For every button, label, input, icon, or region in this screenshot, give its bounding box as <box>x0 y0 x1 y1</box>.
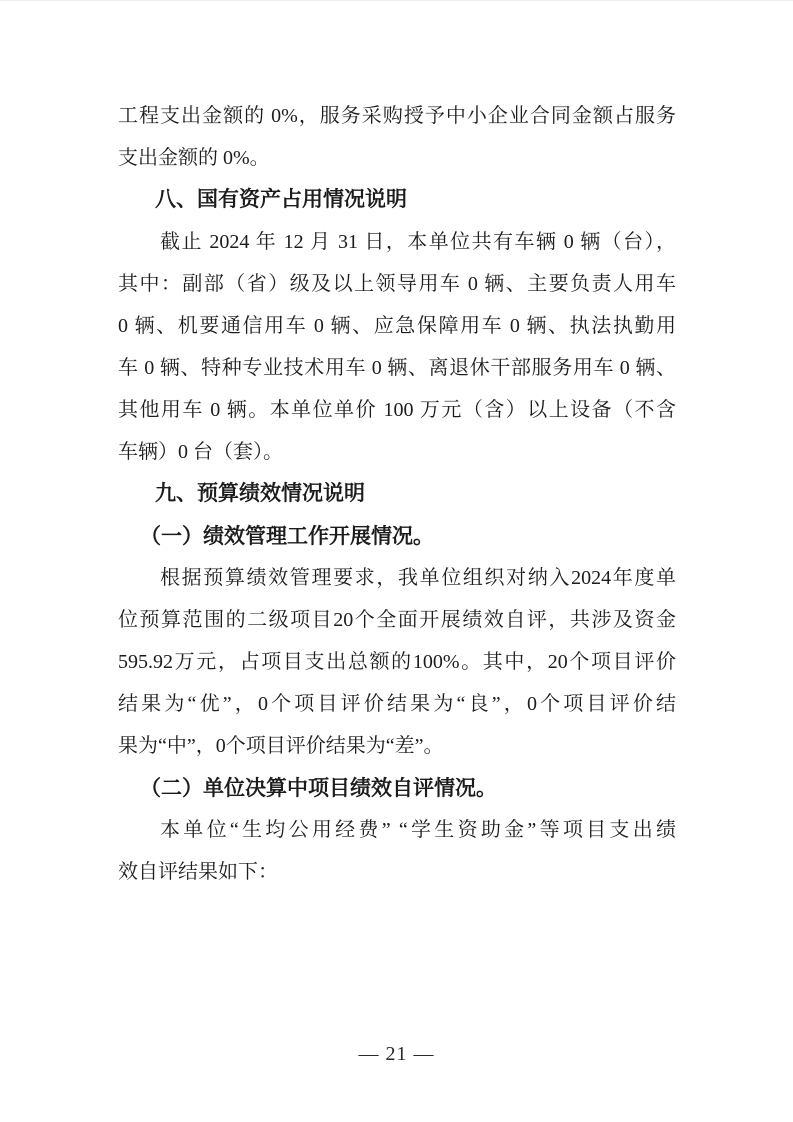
subheading-project-self-evaluation: （二）单位决算中项目绩效自评情况。 <box>118 767 676 809</box>
body-line-vehicles-1: 截止 2024 年 12 月 31 日，本单位共有车辆 0 辆（台）， <box>118 221 676 263</box>
section-heading-state-assets: 八、国有资产占用情况说明 <box>118 179 676 221</box>
subheading-performance-management: （一）绩效管理工作开展情况。 <box>118 515 676 557</box>
body-line-procurement-continued: 工程支出金额的 0%，服务采购授予中小企业合同金额占服务 <box>118 95 676 137</box>
body-line-vehicles-3: 0 辆、机要通信用车 0 辆、应急保障用车 0 辆、执法执勤用 <box>118 305 676 347</box>
body-line-vehicles-5: 其他用车 0 辆。本单位单价 100 万元（含）以上设备（不含 <box>118 389 676 431</box>
body-line-selfeval-1: 根据预算绩效管理要求，我单位组织对纳入2024年度单 <box>118 557 676 599</box>
body-line-vehicles-2: 其中：副部（省）级及以上领导用车 0 辆、主要负责人用车 <box>118 263 676 305</box>
body-line-vehicles-end: 车辆）0 台（套）。 <box>118 431 676 473</box>
document-body: 工程支出金额的 0%，服务采购授予中小企业合同金额占服务 支出金额的 0%。 八… <box>118 95 676 893</box>
body-line-vehicles-4: 车 0 辆、特种专业技术用车 0 辆、离退休干部服务用车 0 辆、 <box>118 347 676 389</box>
page-number: — 21 — <box>0 1041 793 1067</box>
body-line-selfeval-end: 果为“中”，0个项目评价结果为“差”。 <box>118 725 676 767</box>
body-line-projects-end: 效自评结果如下： <box>118 851 676 893</box>
body-line-projects-1: 本单位“生均公用经费” “学生资助金”等项目支出绩 <box>118 809 676 851</box>
body-line-procurement-end: 支出金额的 0%。 <box>118 137 676 179</box>
body-line-selfeval-4: 结果为“优”，0个项目评价结果为“良”，0个项目评价结 <box>118 683 676 725</box>
body-line-selfeval-3: 595.92万元，占项目支出总额的100%。其中，20个项目评价 <box>118 641 676 683</box>
document-page: 工程支出金额的 0%，服务采购授予中小企业合同金额占服务 支出金额的 0%。 八… <box>0 0 793 1122</box>
body-line-selfeval-2: 位预算范围的二级项目20个全面开展绩效自评，共涉及资金 <box>118 599 676 641</box>
section-heading-budget-performance: 九、预算绩效情况说明 <box>118 473 676 515</box>
